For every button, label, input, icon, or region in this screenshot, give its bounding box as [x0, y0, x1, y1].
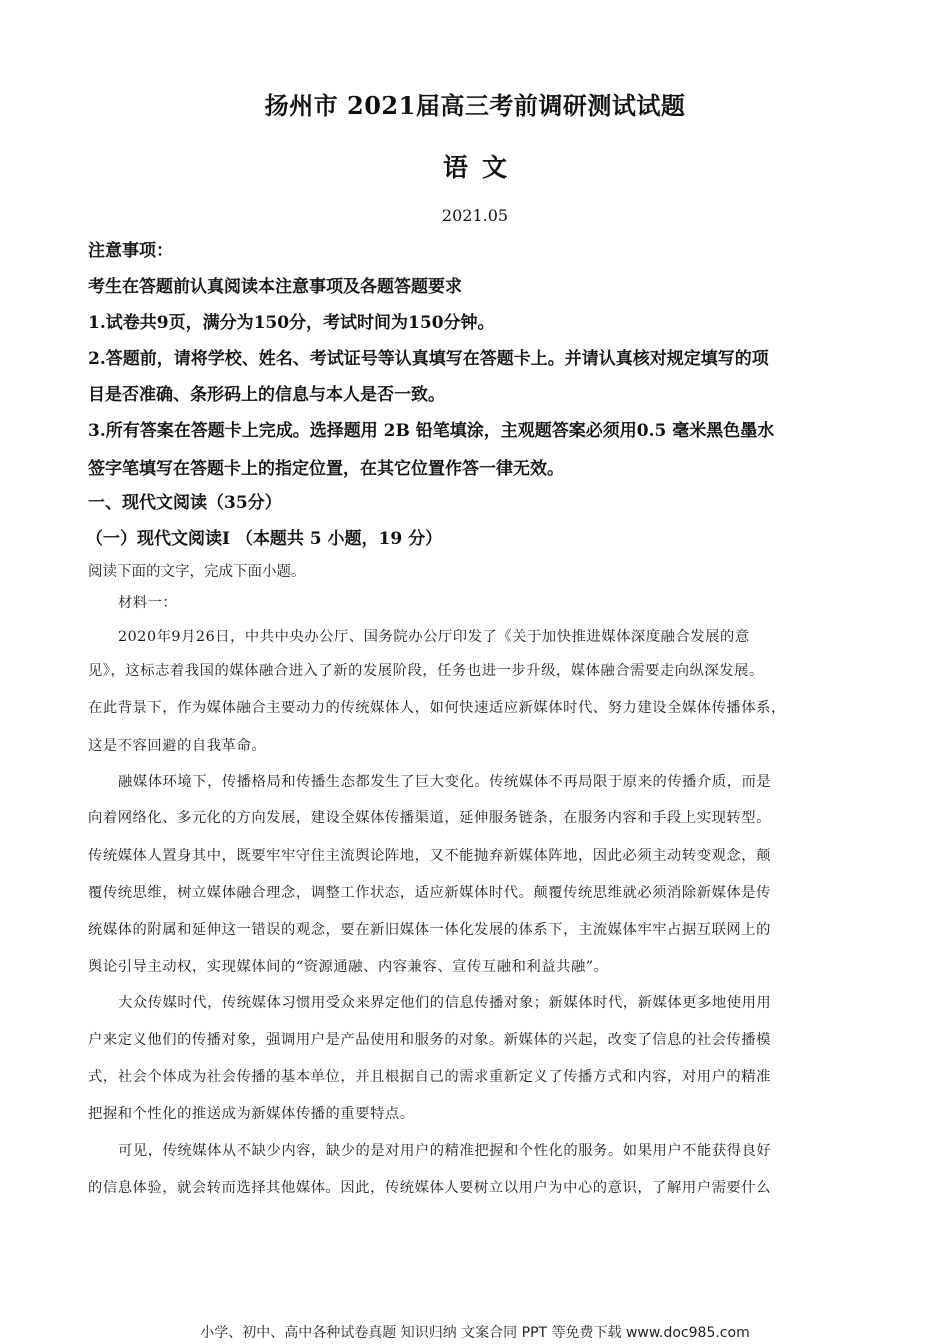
passage-line: 在此背景下，作为媒体融合主要动力的传统媒体人，如何快速适应新媒体时代、努力建设全…: [88, 697, 863, 717]
notice-line: 3.所有答案在答题卡上完成。选择题用 2B 铅笔填涂，主观题答案必须用0.5 毫…: [88, 416, 774, 441]
passage-line: 统媒体的附属和延伸这一错误的观念，要在新旧媒体一体化发展的体系下，主流媒体牢牢占…: [88, 919, 863, 939]
exam-date: 2021.05: [0, 206, 950, 225]
passage-line: 向着网络化、多元化的方向发展，建设全媒体传播渠道，延伸服务链条，在服务内容和手段…: [88, 807, 863, 827]
reading-instruction: 阅读下面的文字，完成下面小题。: [88, 560, 306, 581]
passage-line: 见》，这标志着我国的媒体融合进入了新的发展阶段，任务也进一步升级，媒体融合需要走…: [88, 660, 863, 680]
passage-line: 的信息体验，就会转而选择其他媒体。因此，传统媒体人要树立以用户为中心的意识，了解…: [88, 1177, 863, 1197]
subsection-heading: （一）现代文阅读Ⅰ （本题共 5 小题，19 分）: [86, 524, 442, 549]
passage-line: 2020年9月26日，中共中央办公厅、国务院办公厅印发了《关于加快推进媒体深度融…: [118, 626, 893, 646]
passage-line: 式，社会个体成为社会传播的基本单位，并且根据自己的需求重新定义了传播方式和内容，…: [88, 1066, 863, 1086]
material-label: 材料一：: [118, 592, 893, 612]
notice-line: 签字笔填写在答题卡上的指定位置，在其它位置作答一律无效。: [88, 454, 564, 479]
notice-line: 1.试卷共9页，满分为150分，考试时间为150分钟。: [88, 308, 495, 333]
exam-page: 扬州市 2021届高三考前调研测试试题 语文 2021.05 注意事项： 考生在…: [0, 0, 950, 1344]
passage-line: 覆传统思维，树立媒体融合理念，调整工作状态，适应新媒体时代。颠覆传统思维就必须消…: [88, 882, 863, 902]
passage-line: 融媒体环境下，传播格局和传播生态都发生了巨大变化。传统媒体不再局限于原来的传播介…: [118, 771, 893, 791]
passage-line: 把握和个性化的推送成为新媒体传播的重要特点。: [88, 1103, 863, 1123]
footer-watermark: 小学、初中、高中各种试卷真题 知识归纳 文案合同 PPT 等免费下载 www.d…: [0, 1322, 950, 1342]
exam-subject: 语文: [0, 148, 950, 184]
exam-title: 扬州市 2021届高三考前调研测试试题: [0, 86, 950, 121]
passage-line: 这是不容回避的自我革命。: [88, 735, 863, 755]
passage-line: 可见，传统媒体从不缺少内容，缺少的是对用户的精准把握和个性化的服务。如果用户不能…: [118, 1140, 893, 1160]
passage-line: 大众传媒时代，传统媒体习惯用受众来界定他们的信息传播对象；新媒体时代，新媒体更多…: [118, 992, 893, 1012]
passage-line: 传统媒体人置身其中，既要牢牢守住主流舆论阵地，又不能抛弃新媒体阵地，因此必须主动…: [88, 845, 863, 865]
notice-line: 2.答题前，请将学校、姓名、考试证号等认真填写在答题卡上。并请认真核对规定填写的…: [88, 344, 769, 369]
notice-line: 目是否准确、条形码上的信息与本人是否一致。: [88, 380, 445, 405]
notice-heading: 注意事项：: [88, 236, 173, 261]
section-heading: 一、现代文阅读（35分）: [88, 488, 282, 513]
passage-line: 舆论引导主动权，实现媒体间的“资源通融、内容兼容、宣传互融和利益共融”。: [88, 956, 863, 976]
notice-line: 考生在答题前认真阅读本注意事项及各题答题要求: [88, 272, 462, 297]
passage-line: 户来定义他们的传播对象，强调用户是产品使用和服务的对象。新媒体的兴起，改变了信息…: [88, 1029, 863, 1049]
